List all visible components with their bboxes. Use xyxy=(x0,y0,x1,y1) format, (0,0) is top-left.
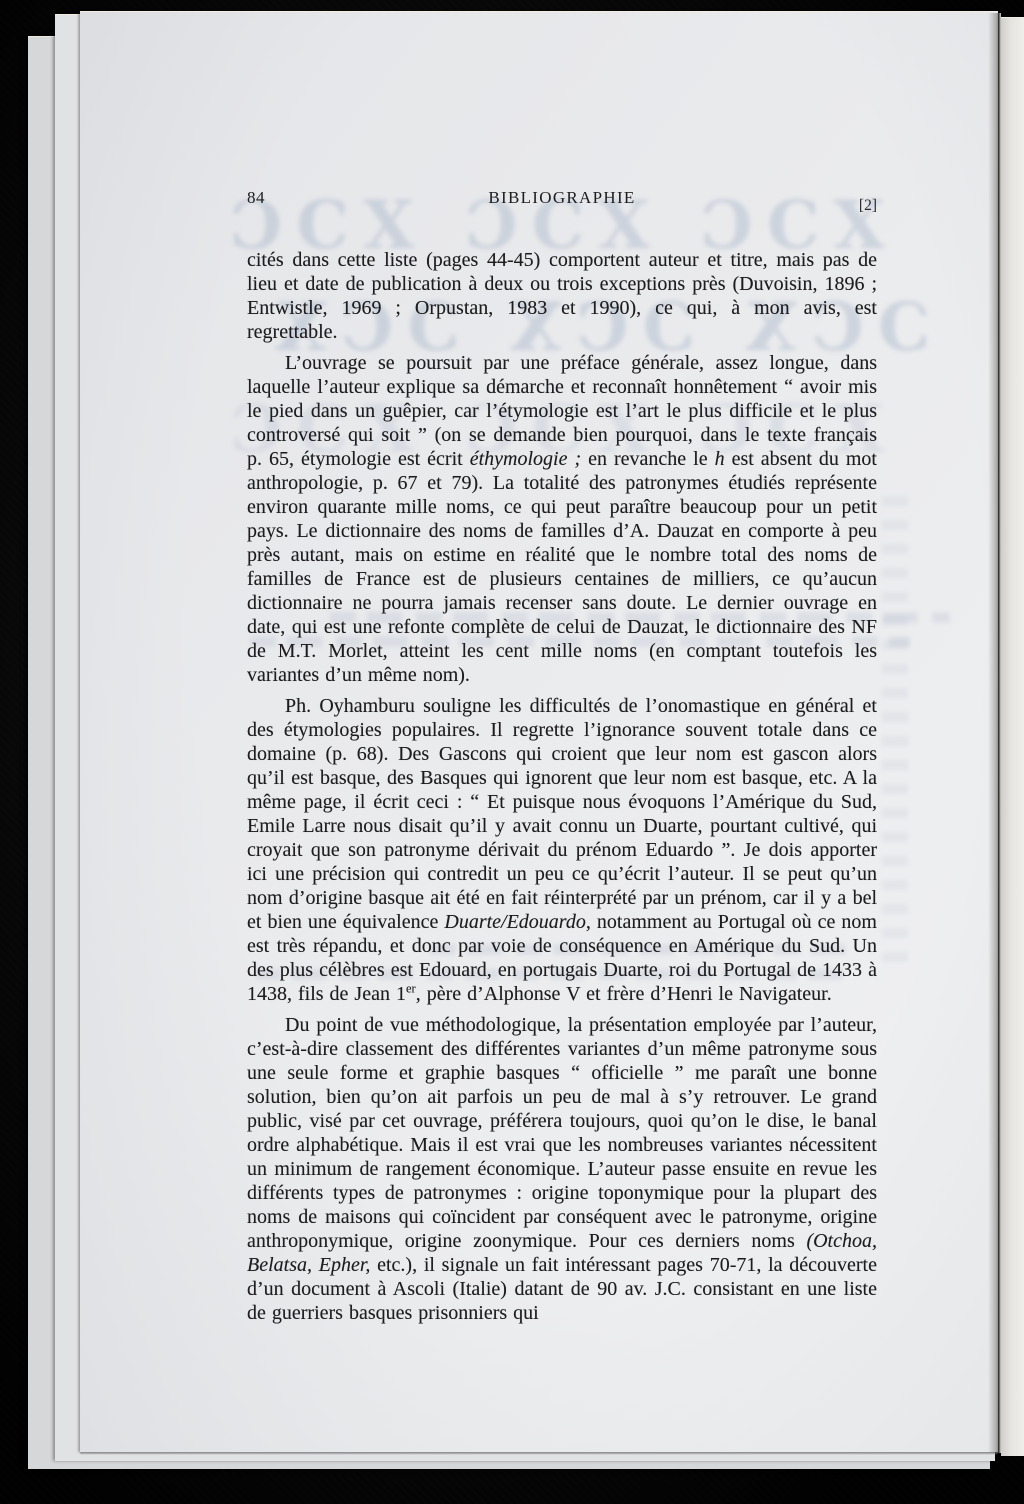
page-header: 84 BIBLIOGRAPHIE [2] xyxy=(247,188,877,248)
paragraph-list-continuation: cités dans cette liste (pages 44-45) com… xyxy=(247,248,877,344)
paragraph-methodologie: Du point de vue méthodologique, la prése… xyxy=(247,1013,877,1325)
gutter-crease xyxy=(988,13,1001,1453)
issue-marker: [2] xyxy=(859,197,877,215)
book-page: ƆCX ƆCX ƆCX ƆCX ƆCX ƆCX ƆCX ƆCX ƆCX ƆCX … xyxy=(80,11,998,1452)
facing-page-edge xyxy=(1001,17,1024,1456)
photo-backdrop: ƆCX ƆCX ƆCX ƆCX ƆCX ƆCX ƆCX ƆCX ƆCX ƆCX … xyxy=(0,0,1024,1504)
italic-run: éthymologie ; xyxy=(470,448,581,470)
show-through-margin-fragments xyxy=(882,482,908,962)
text-run: est absent du mot anthropologie, p. 67 e… xyxy=(247,448,877,686)
italic-run: Duarte/Edouardo, xyxy=(444,911,590,933)
superscript-ordinal: er xyxy=(406,981,416,995)
paragraph-preface-review: L’ouvrage se poursuit par une préface gé… xyxy=(247,351,877,687)
paragraph-oyhamburu: Ph. Oyhamburu souligne les difficultés d… xyxy=(247,694,877,1006)
text-run: , père d’Alphonse V et frère d’Henri le … xyxy=(416,983,832,1005)
text-run: Ph. Oyhamburu souligne les difficultés d… xyxy=(247,695,877,933)
page-content: 84 BIBLIOGRAPHIE [2] cités dans cette li… xyxy=(247,188,877,1332)
text-run: cités dans cette liste (pages 44-45) com… xyxy=(247,249,877,343)
italic-run: h xyxy=(715,448,725,470)
running-title: BIBLIOGRAPHIE xyxy=(247,188,877,208)
text-run: Du point de vue méthodologique, la prése… xyxy=(247,1014,877,1252)
text-run: en revanche le xyxy=(581,448,714,470)
